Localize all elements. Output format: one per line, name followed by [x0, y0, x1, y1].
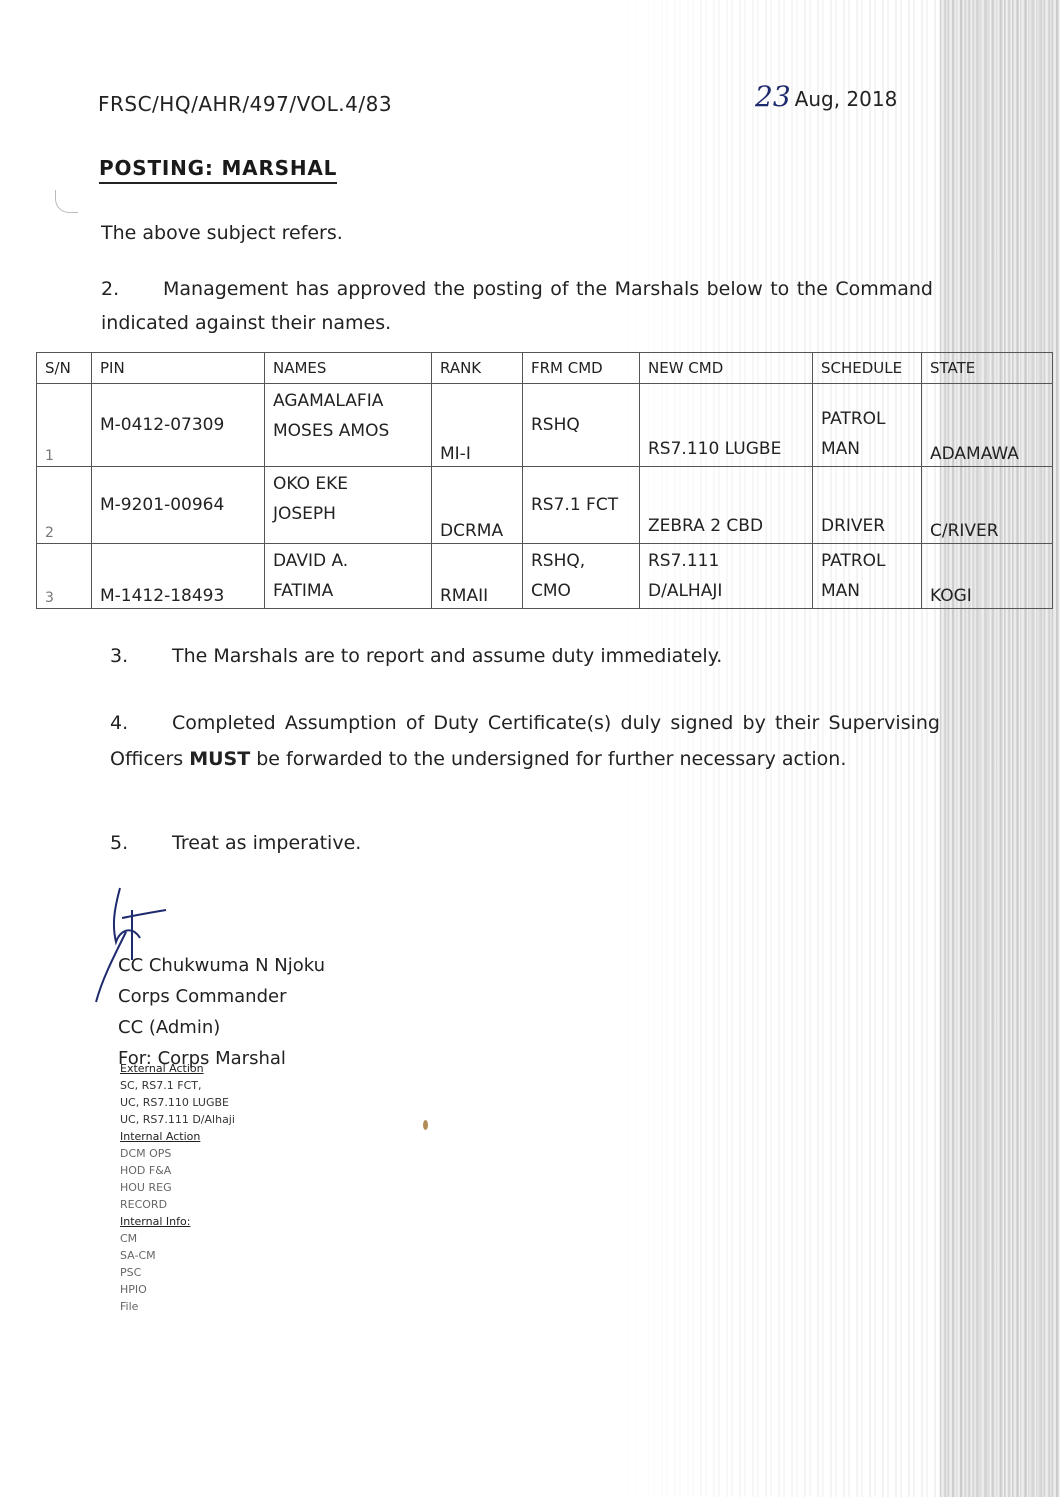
paragraph-number: 5. [110, 832, 172, 854]
frm-line: RSHQ, [531, 546, 631, 576]
reference-number: FRSC/HQ/AHR/497/VOL.4/83 [98, 92, 392, 116]
frm-line: CMO [531, 576, 631, 606]
frm-line: RSHQ [531, 410, 631, 440]
paragraph-number: 2. [101, 272, 163, 306]
new-line: RS7.111 [648, 546, 804, 576]
list-item: PSC [120, 1264, 235, 1281]
paragraph-number: 4. [110, 705, 172, 741]
date-month-year: Aug, 2018 [795, 87, 898, 111]
sched-line: PATROL [821, 404, 913, 434]
cell-new-cmd: RS7.111D/ALHAJI [640, 544, 813, 609]
col-sn: S/N [37, 353, 92, 384]
name-line: OKO EKE [273, 469, 423, 499]
scan-edge-noise [940, 0, 1060, 1497]
name-line: JOSEPH [273, 499, 423, 529]
cell-schedule: DRIVER [813, 467, 922, 544]
list-item: CM [120, 1230, 235, 1247]
cell-frm-cmd: RS7.1 FCT [523, 467, 640, 544]
cell-frm-cmd: RSHQ,CMO [523, 544, 640, 609]
sched-line: DRIVER [821, 511, 913, 541]
cell-sn: 2 [37, 467, 92, 544]
external-action-heading: External Action [120, 1060, 235, 1077]
paragraph-5: 5.Treat as imperative. [110, 832, 361, 854]
cell-names: OKO EKEJOSEPH [265, 467, 432, 544]
list-item: File [120, 1298, 235, 1315]
col-schedule: SCHEDULE [813, 353, 922, 384]
cell-pin: M-0412-07309 [92, 384, 265, 467]
paragraph-3: 3.The Marshals are to report and assume … [110, 645, 722, 667]
col-state: STATE [922, 353, 1053, 384]
signatory-block: CC Chukwuma N Njoku Corps Commander CC (… [118, 950, 325, 1074]
cell-names: AGAMALAFIAMOSES AMOS [265, 384, 432, 467]
letter-date: 23Aug, 2018 [755, 80, 897, 113]
list-item: SA-CM [120, 1247, 235, 1264]
internal-info-heading: Internal Info: [120, 1213, 235, 1230]
cell-sn: 3 [37, 544, 92, 609]
paragraph-number: 3. [110, 645, 172, 667]
list-item: DCM OPS [120, 1145, 235, 1162]
internal-action-heading: Internal Action [120, 1128, 235, 1145]
cell-rank: DCRMA [432, 467, 523, 544]
cell-state: ADAMAWA [922, 384, 1053, 467]
paragraph-text: be forwarded to the undersigned for furt… [256, 748, 846, 770]
distribution-list: External Action SC, RS7.1 FCT, UC, RS7.1… [120, 1060, 235, 1315]
name-line: MOSES AMOS [273, 416, 423, 446]
col-rank: RANK [432, 353, 523, 384]
cell-pin: M-1412-18493 [92, 544, 265, 609]
cell-rank: RMAII [432, 544, 523, 609]
col-names: NAMES [265, 353, 432, 384]
list-item: SC, RS7.1 FCT, [120, 1077, 235, 1094]
paragraph-4: 4.Completed Assumption of Duty Certifica… [110, 705, 940, 777]
name-line: DAVID A. [273, 546, 423, 576]
new-line: ZEBRA 2 CBD [648, 511, 804, 541]
sched-line: PATROL [821, 546, 913, 576]
paragraph-2: 2.Management has approved the posting of… [101, 272, 933, 340]
cell-new-cmd: RS7.110 LUGBE [640, 384, 813, 467]
ink-spot [423, 1120, 428, 1130]
list-item: HPIO [120, 1281, 235, 1298]
col-pin: PIN [92, 353, 265, 384]
signatory-office: CC (Admin) [118, 1012, 325, 1043]
cell-pin: M-9201-00964 [92, 467, 265, 544]
cell-sn: 1 [37, 384, 92, 467]
cell-new-cmd: ZEBRA 2 CBD [640, 467, 813, 544]
cell-state: KOGI [922, 544, 1053, 609]
cell-schedule: PATROLMAN [813, 384, 922, 467]
cell-schedule: PATROLMAN [813, 544, 922, 609]
table-header-row: S/N PIN NAMES RANK FRM CMD NEW CMD SCHED… [37, 353, 1053, 384]
list-item: UC, RS7.111 D/Alhaji [120, 1111, 235, 1128]
sched-line: MAN [821, 434, 913, 464]
frm-line: RS7.1 FCT [531, 490, 631, 520]
cell-names: DAVID A.FATIMA [265, 544, 432, 609]
table-row: 1 M-0412-07309 AGAMALAFIAMOSES AMOS MI-I… [37, 384, 1053, 467]
new-line: D/ALHAJI [648, 576, 804, 606]
name-line: FATIMA [273, 576, 423, 606]
subject-heading: POSTING: MARSHAL [99, 156, 337, 184]
name-line: AGAMALAFIA [273, 386, 423, 416]
list-item: HOU REG [120, 1179, 235, 1196]
paragraph-1: The above subject refers. [101, 222, 343, 244]
table-row: 3 M-1412-18493 DAVID A.FATIMA RMAII RSHQ… [37, 544, 1053, 609]
handwritten-day: 23 [755, 80, 791, 113]
list-item: UC, RS7.110 LUGBE [120, 1094, 235, 1111]
sched-line: MAN [821, 576, 913, 606]
col-frm-cmd: FRM CMD [523, 353, 640, 384]
paragraph-text: Treat as imperative. [172, 832, 361, 854]
table-row: 2 M-9201-00964 OKO EKEJOSEPH DCRMA RS7.1… [37, 467, 1053, 544]
signatory-title: Corps Commander [118, 981, 325, 1012]
postings-table: S/N PIN NAMES RANK FRM CMD NEW CMD SCHED… [36, 352, 1053, 609]
cell-state: C/RIVER [922, 467, 1053, 544]
paragraph-text: Management has approved the posting of t… [101, 278, 933, 334]
new-line: RS7.110 LUGBE [648, 434, 804, 464]
list-item: RECORD [120, 1196, 235, 1213]
emphasis-must: MUST [189, 748, 250, 770]
paperclip-mark [55, 190, 78, 213]
paragraph-text: The Marshals are to report and assume du… [172, 645, 722, 667]
list-item: HOD F&A [120, 1162, 235, 1179]
cell-rank: MI-I [432, 384, 523, 467]
cell-frm-cmd: RSHQ [523, 384, 640, 467]
signatory-name: CC Chukwuma N Njoku [118, 950, 325, 981]
col-new-cmd: NEW CMD [640, 353, 813, 384]
